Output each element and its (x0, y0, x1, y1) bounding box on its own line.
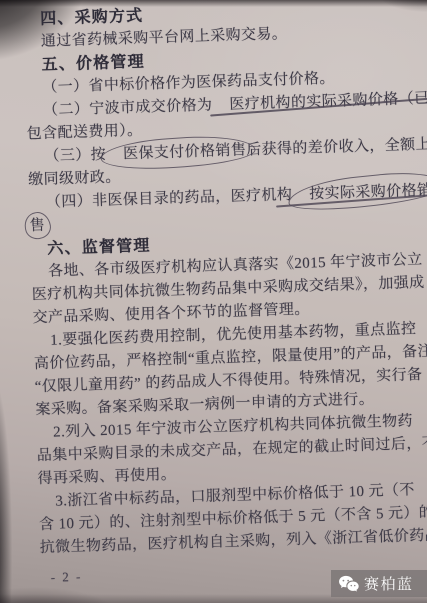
pen-annotation-pen-circle-small: 售 (29, 215, 45, 238)
text-segment: 六、监督管理 (47, 238, 151, 258)
text-segment: 四、采购方式 (40, 8, 144, 28)
text-segment: （二）宁波市成交价格为 (43, 97, 213, 118)
document-photo: 四、采购方式通过省药械采购平台网上采购交易。五、价格管理（一）省中标价格作为医保… (0, 0, 427, 603)
pen-annotation-pen-circle-open: 按实际采购价格销 (292, 180, 427, 207)
text-segment: 包含配送费用）。 (27, 123, 143, 143)
text-segment: （三）按 (44, 147, 106, 165)
text-segment: 缴同级财政。 (28, 169, 121, 188)
watermark-brand: 赛柏蓝 (364, 573, 414, 594)
paper-page: 四、采购方式通过省药械采购平台网上采购交易。五、价格管理（一）省中标价格作为医保… (0, 0, 427, 603)
text-segment: 后获得的差价收入，全额上 (246, 137, 427, 159)
text-segment: 得再采购、再使用。 (37, 467, 176, 487)
text-segment: （四）非医保目录的药品，医疗机构 (46, 187, 293, 211)
watermark-banner: 赛柏蓝 (331, 570, 427, 597)
pen-annotation-pen-circle: 医保支付价格销售 (106, 139, 247, 166)
text-segment: 五、价格管理 (41, 54, 145, 74)
wechat-icon (338, 575, 359, 592)
page-number: - 2 - (50, 569, 82, 586)
document-lines: 四、采购方式通过省药械采购平台网上采购交易。五、价格管理（一）省中标价格作为医保… (0, 0, 427, 561)
text-segment: 通过省药械采购平台网上采购交易。 (41, 26, 288, 50)
